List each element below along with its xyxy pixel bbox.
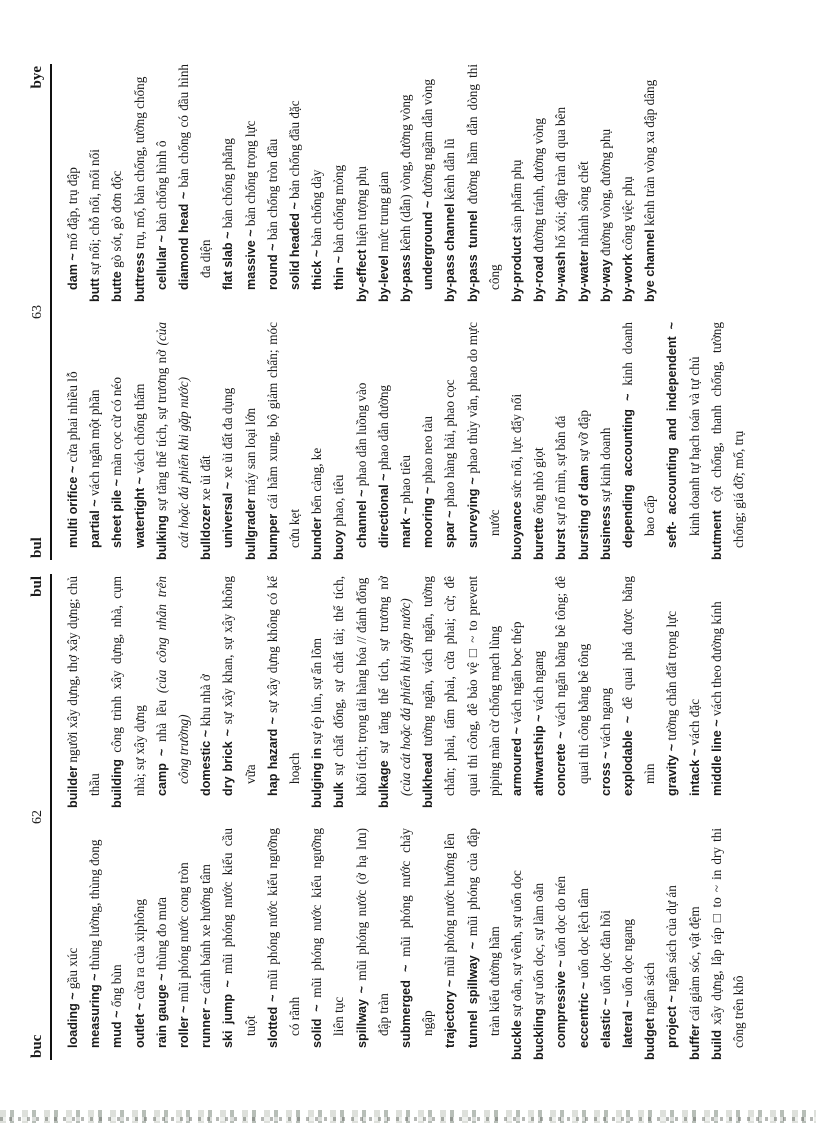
dictionary-entry: surveying ~ phao thủy văn, phao do mực n…: [462, 322, 506, 560]
headword: tunnel spillway ~: [466, 942, 480, 1048]
headword: concrete ~: [554, 731, 568, 796]
headword: watertight ~: [133, 477, 147, 548]
definition: hố xói; đập tràn đi qua bên: [553, 107, 568, 252]
dictionary-entry: bulking sự tăng thể tích, sự trương nở (…: [151, 322, 195, 560]
headword: multi orifice ~: [66, 466, 80, 548]
dictionary-entry: thick ~ bản chống dày: [306, 64, 328, 302]
definition: uốn dọc lệch tâm: [576, 888, 591, 982]
definition: thùng lường, thùng đong: [87, 840, 102, 974]
headword: explodable ~: [621, 716, 635, 796]
headword: building: [110, 759, 124, 808]
definition: vách theo đường kính: [709, 601, 724, 719]
definition: vách ngang: [598, 688, 613, 752]
page-number: 63: [30, 305, 46, 319]
dictionary-entry: bulkhead tường ngăn, vách ngăn, tường ch…: [417, 576, 506, 808]
headword: by-product: [510, 236, 524, 302]
definition: xe ủi đất: [198, 455, 213, 504]
headword: seft- accounting and independent ~: [665, 322, 679, 548]
dictionary-entry: by-water nhánh sông chết: [573, 64, 595, 302]
headword: by-pass channel: [443, 203, 457, 302]
headword: buckle: [510, 1020, 524, 1060]
dictionary-entry: camp ~ nhà lều (của công nhân trên công …: [151, 576, 195, 808]
dictionary-entry: massive ~ bản chống trọng lực: [240, 64, 262, 302]
dictionary-entry: explodable ~ đê quai phá được bằng mìn: [617, 576, 661, 808]
definition: sự oằn, sự vênh, sự uốn dọc: [509, 870, 524, 1020]
dictionary-entry: bunder bến cảng, ke: [306, 322, 328, 560]
dictionary-entry: loading ~ gầu xúc: [62, 828, 84, 1060]
headword: cellular ~: [155, 235, 169, 290]
scanned-page: buc 62 bul loading ~ gầu xúcmeasuring ~ …: [0, 0, 816, 1123]
dictionary-entry: bulkage sự tăng thể tích, sự trương nở (…: [373, 576, 417, 808]
definition: sự chất đống, sự chất tải; thể tích, khố…: [331, 576, 368, 796]
dictionary-entry: butt sự nối; chỗ nối, mối nối: [84, 64, 106, 302]
headword: eccentric ~: [577, 982, 591, 1048]
dictionary-entry: mark ~ phao tiêu: [395, 322, 417, 560]
headword: mud ~: [110, 1011, 124, 1048]
definition: ống nhỏ giọt: [531, 447, 546, 517]
definition-note: (của cát hoặc đá phiến khi gặp nước): [398, 598, 413, 796]
definition: đường ngầm dẫn vòng: [420, 79, 435, 201]
dictionary-entry: butte gò sót, gò đơn độc: [106, 64, 128, 302]
headword: loading ~: [66, 992, 80, 1048]
definition: kênh dẫn lũ: [442, 138, 457, 203]
dictionary-entry: by-way đường vòng, đường phụ: [595, 64, 617, 302]
definition: sự vỡ đập: [576, 410, 591, 465]
definition: cánh bánh xe hướng tâm: [198, 864, 213, 997]
dictionary-entry: solid ~ mũi phóng nước kiểu ngưỡng liên …: [306, 828, 350, 1060]
dictionary-entry: thin ~ bản chống mỏng: [328, 64, 350, 302]
dictionary-entry: middle line ~ vách theo đường kính: [706, 576, 728, 808]
headword: domestic ~: [199, 730, 213, 796]
dictionary-entry: buttress trụ, mố, bản chống, tường chống: [129, 64, 151, 302]
headword: round ~: [266, 243, 280, 290]
definition: sự tăng thể tích, sự trương nở: [376, 576, 391, 760]
definition: phao neo tàu: [420, 416, 435, 487]
guide-word-right: bul: [29, 576, 46, 597]
definition: uốn dọc do nén: [553, 876, 568, 960]
dictionary-spread: buc 62 bul loading ~ gầu xúcmeasuring ~ …: [0, 0, 816, 1123]
headword: mark ~: [399, 507, 413, 548]
dictionary-entry: bye channel kênh tràn vòng xa đập dâng: [639, 64, 661, 302]
definition: bản chống phẳng: [220, 138, 235, 231]
headword: intack ~: [688, 749, 702, 796]
definition: phao tiêu: [398, 455, 413, 507]
headword: solid ~: [310, 1004, 324, 1048]
dictionary-entry: butment cột chống, thanh chống, tường ch…: [706, 322, 750, 560]
definition: mũi phóng nước hướng lên: [442, 833, 457, 980]
definition: xây dựng, lắp ráp □ to ~ in dry thi công…: [709, 828, 746, 1048]
headword: bunder: [310, 517, 324, 560]
dictionary-entry: bumper cái hãm xung, bộ giảm chấn; móc c…: [262, 322, 306, 560]
column-2: dam ~ mố đập, trụ đậpbutt sự nối; chỗ nố…: [62, 64, 661, 302]
dictionary-entry: builder người xây dựng, thợ xây dựng; ch…: [62, 576, 106, 808]
headword: armoured ~: [510, 727, 524, 796]
definition: phao dẫn luồng vào: [354, 383, 369, 490]
headword: butte: [110, 271, 124, 302]
dictionary-entry: dry brick ~ sự xây khan, sự xây không vữ…: [217, 576, 261, 808]
headword: camp ~: [155, 749, 169, 796]
definition: ngân sách: [642, 962, 657, 1018]
headword: by-wash: [554, 252, 568, 302]
dictionary-entry: gravity ~ tường chắn đất trọng lực: [661, 576, 683, 808]
headword: athwartship ~: [532, 714, 546, 796]
definition: bản chống tròn đầu: [265, 139, 280, 244]
headword: build: [710, 1030, 724, 1060]
headword: runner ~: [199, 997, 213, 1048]
definition: cửa ra của xiphông: [132, 899, 147, 1003]
dictionary-entry: mud ~ ống bùn: [106, 828, 128, 1060]
dictionary-entry: bullgrader máy san loại lớn: [240, 322, 262, 560]
dictionary-entry: buffer cái giảm sóc, vật đệm: [684, 828, 706, 1060]
dictionary-entry: dam ~ mố đập, trụ đập: [62, 64, 84, 302]
definition: kinh doanh tự hạch toán và tự chủ: [687, 357, 702, 536]
definition: uốn dọc đàn hồi: [598, 910, 613, 998]
headword: business: [599, 505, 613, 560]
dictionary-entry: bursting of dam sự vỡ đập: [573, 322, 595, 560]
headword: bumper: [266, 514, 280, 560]
definition: ống bùn: [109, 964, 124, 1010]
dictionary-entry: spar ~ phao hàng hải, phao cọc: [439, 322, 461, 560]
definition: phao hàng hải, phao cọc: [442, 379, 457, 510]
headword: budget: [643, 1018, 657, 1060]
definition: mố đập, trụ đập: [65, 167, 80, 253]
headword: cross ~: [599, 752, 613, 796]
dictionary-entry: universal ~ xe ủi đất đa dụng: [217, 322, 239, 560]
dictionary-entry: watertight ~ vách chống thấm: [129, 322, 151, 560]
headword: dam ~: [66, 253, 80, 290]
definition: bản chống đầu đặc: [287, 100, 302, 202]
dictionary-entry: round ~ bản chống tròn đầu: [262, 64, 284, 302]
definition: công việc phụ: [620, 176, 635, 253]
headword: ski jump ~: [221, 980, 235, 1048]
definition: thùng đo mưa: [154, 897, 169, 973]
headword: bulging in: [310, 748, 324, 808]
definition: máy san loại lớn: [243, 408, 258, 498]
definition: vách ngăn bọc thép: [509, 622, 524, 727]
definition: sự uốn dọc, sự làm oằn: [531, 883, 546, 1008]
dictionary-entry: by-product sản phẩm phụ: [506, 64, 528, 302]
headword: underground ~: [421, 201, 435, 290]
definition: vách đặc: [687, 699, 702, 749]
dictionary-entry: outlet ~ cửa ra của xiphông: [129, 828, 151, 1060]
headword: trajectory ~: [443, 980, 457, 1048]
dictionary-entry: runner ~ cánh bánh xe hướng tâm: [195, 828, 217, 1060]
headword: bulkage: [377, 760, 391, 808]
dictionary-entry: by-wash hố xói; đập tràn đi qua bên: [550, 64, 572, 302]
dictionary-entry: rain gauge ~ thùng đo mưa: [151, 828, 173, 1060]
dictionary-entry: bulk sự chất đống, sự chất tải; thể tích…: [328, 576, 372, 808]
headword: middle line ~: [710, 719, 724, 796]
headword: partial ~: [88, 499, 102, 548]
dictionary-entry: budget ngân sách: [639, 828, 661, 1060]
headword: depending accounting ~: [621, 394, 635, 548]
dictionary-entry: by-effect hiện tượng phụ: [351, 64, 373, 302]
headword: bursting of dam: [577, 465, 591, 560]
dictionary-entry: partial ~ vách ngăn một phần: [84, 322, 106, 560]
definition: cái giảm sóc, vật đệm: [687, 906, 702, 1024]
guide-word-left: bul: [29, 537, 46, 558]
headword: buoyance: [510, 501, 524, 560]
dictionary-entry: trajectory ~ mũi phóng nước hướng lên: [439, 828, 461, 1060]
dictionary-entry: by-work công việc phụ: [617, 64, 639, 302]
dictionary-entry: roller ~ mũi phóng nước cong tròn: [173, 828, 195, 1060]
definition: nhà lều: [154, 693, 169, 749]
definition: bản chống dày: [309, 170, 324, 250]
headword: diamond head ~: [177, 192, 191, 290]
dictionary-entry: business sự kinh doanh: [595, 322, 617, 560]
definition: vách ngăn một phần: [87, 389, 102, 499]
headword: project ~: [665, 995, 679, 1048]
headword: by-water: [577, 250, 591, 302]
dictionary-entry: concrete ~ vách ngăn bằng bê tông; đê qu…: [550, 576, 594, 808]
dictionary-entry: by-pass tunnel đường hầm dẫn dòng thi cô…: [462, 64, 506, 302]
definition: phao, tiêu: [331, 475, 346, 530]
headword: thin ~: [332, 256, 346, 290]
dictionary-entry: by-road đường tránh, đường vòng: [528, 64, 550, 302]
dictionary-entry: intack ~ vách đặc: [684, 576, 706, 808]
definition: uốn dọc ngang: [620, 919, 635, 1000]
definition: vách ngang: [531, 651, 546, 715]
dictionary-entry: submerged ~ mũi phóng nước chảy ngập: [395, 828, 439, 1060]
dictionary-entry: buckle sự oằn, sự vênh, sự uốn dọc: [506, 828, 528, 1060]
dictionary-entry: athwartship ~ vách ngang: [528, 576, 550, 808]
definition: phao dẫn đường: [376, 385, 391, 473]
headword: surveying ~: [466, 477, 480, 548]
headword: buttress: [133, 252, 147, 302]
definition: bến cảng, ke: [309, 448, 324, 518]
headword: rain gauge ~: [155, 973, 169, 1048]
headword: by-road: [532, 256, 546, 302]
headword: by-work: [621, 254, 635, 302]
dictionary-entry: buckling sự uốn dọc, sự làm oằn: [528, 828, 550, 1060]
headword: slotted ~: [266, 995, 280, 1049]
dictionary-entry: buoy phao, tiêu: [328, 322, 350, 560]
headword: roller ~: [177, 1006, 191, 1048]
definition: mũi phóng nước cong tròn: [176, 862, 191, 1005]
definition: tường chắn đất trọng lực: [664, 611, 679, 744]
column-2: builder người xây dựng, thợ xây dựng; ch…: [62, 576, 728, 808]
headword: mooring ~: [421, 487, 435, 548]
headword: submerged ~: [399, 965, 413, 1048]
headword: builder: [66, 766, 80, 808]
headword: buoy: [332, 530, 346, 560]
dictionary-entry: burst sự nổ mìn, sự bắn đá: [550, 322, 572, 560]
headword: massive ~: [244, 229, 258, 290]
page-number: 62: [30, 810, 46, 824]
definition: hiện tượng phụ: [354, 166, 369, 249]
headword: dry brick ~: [221, 729, 235, 796]
headword: burette: [532, 517, 546, 560]
dictionary-entry: ski jump ~ mũi phóng nước kiểu cầu tuột: [217, 828, 261, 1060]
headword: bulkhead: [421, 753, 435, 808]
definition: người xây dựng, thợ xây dựng; chủ thầu: [65, 576, 102, 796]
running-head: buc 62 bul: [28, 574, 48, 1060]
dictionary-entry: measuring ~ thùng lường, thùng đong: [84, 828, 106, 1060]
dictionary-entry: mooring ~ phao neo tàu: [417, 322, 439, 560]
dictionary-entry: by-pass channel kênh dẫn lũ: [439, 64, 461, 302]
dictionary-entry: channel ~ phao dẫn luồng vào: [351, 322, 373, 560]
definition: nhánh sông chết: [576, 161, 591, 250]
dictionary-entry: elastic ~ uốn dọc đàn hồi: [595, 828, 617, 1060]
definition: bản chống trọng lực: [243, 120, 258, 229]
headword: sheet pile ~: [110, 479, 124, 548]
dictionary-entry: seft- accounting and independent ~ kinh …: [661, 322, 705, 560]
headword: butment: [710, 510, 724, 560]
definition: sự nối; chỗ nối, mối nối: [87, 149, 102, 278]
scan-edge-noise: [0, 1117, 816, 1121]
dictionary-entry: underground ~ đường ngầm dẫn vòng: [417, 64, 439, 302]
dictionary-entry: eccentric ~ uốn dọc lệch tâm: [573, 828, 595, 1060]
definition: kênh tràn vòng xa đập dâng: [642, 80, 657, 229]
headword: lateral ~: [621, 1000, 635, 1048]
definition: trụ, mố, bản chống, tường chống: [132, 77, 147, 253]
definition: xe ủi đất đa dụng: [220, 388, 235, 482]
definition: cửa phai nhiều lỗ: [65, 371, 80, 465]
dictionary-entry: cellular ~ bản chống hình ô: [151, 64, 173, 302]
header-rule: [50, 64, 52, 560]
dictionary-entry: diamond head ~ bản chống có đầu hình đa …: [173, 64, 217, 302]
dictionary-entry: burette ống nhỏ giọt: [528, 322, 550, 560]
headword: burst: [554, 529, 568, 560]
headword: by-effect: [355, 250, 369, 302]
guide-word-right: bye: [29, 66, 46, 89]
headword: directional ~: [377, 473, 391, 548]
headword: universal ~: [221, 482, 235, 548]
headword: measuring ~: [88, 973, 102, 1048]
dictionary-entry: buoyance sức nổi, lực đẩy nổi: [506, 322, 528, 560]
headword: hap hazard ~: [266, 717, 280, 796]
definition: đường vòng, đường phụ: [598, 129, 613, 259]
headword: bulking: [155, 515, 169, 560]
dictionary-entry: slotted ~ mũi phóng nước kiểu ngưỡng có …: [262, 828, 306, 1060]
headword: elastic ~: [599, 998, 613, 1048]
definition: gò sót, gò đơn độc: [109, 170, 124, 271]
definition: sự nổ mìn, sự bắn đá: [553, 416, 568, 529]
headword: compressive ~: [554, 960, 568, 1048]
definition: sự kinh doanh: [598, 428, 613, 506]
dictionary-entry: multi orifice ~ cửa phai nhiều lỗ: [62, 322, 84, 560]
definition: sự tăng thể tích, sự trương nở: [154, 345, 169, 515]
dictionary-entry: lateral ~ uốn dọc ngang: [617, 828, 639, 1060]
headword: channel ~: [355, 490, 369, 548]
dictionary-entry: building công trình xây dựng, nhà, cụm n…: [106, 576, 150, 808]
headword: bulk: [332, 782, 346, 808]
definition: khu nhà ở: [198, 674, 213, 730]
headword: gravity ~: [665, 744, 679, 796]
page-63: bul 63 bye multi orifice ~ cửa phai nhiề…: [0, 64, 816, 560]
column-1: loading ~ gầu xúcmeasuring ~ thùng lường…: [62, 828, 750, 1060]
dictionary-entry: domestic ~ khu nhà ở: [195, 576, 217, 808]
dictionary-entry: flat slab ~ bản chống phẳng: [217, 64, 239, 302]
headword: butt: [88, 278, 102, 302]
dictionary-entry: tunnel spillway ~ mũi phóng của đập tràn…: [462, 828, 506, 1060]
dictionary-entry: build xây dựng, lắp ráp □ to ~ in dry th…: [706, 828, 750, 1060]
headword: flat slab ~: [221, 232, 235, 290]
headword: bullgrader: [244, 498, 258, 560]
definition: bản chống mỏng: [331, 165, 346, 256]
definition: mức trung gian: [376, 171, 391, 255]
dictionary-entry: project ~ ngân sách của dự án: [661, 828, 683, 1060]
header-rule: [50, 574, 52, 1060]
column-1: multi orifice ~ cửa phai nhiều lỗpartial…: [62, 322, 750, 560]
definition: sự ép lún, sự ấn lõm: [309, 638, 324, 748]
dictionary-entry: bulldozer xe ủi đất: [195, 322, 217, 560]
headword: by-pass tunnel: [466, 210, 480, 302]
definition: sức nổi, lực đẩy nổi: [509, 394, 524, 501]
dictionary-entry: by-level mức trung gian: [373, 64, 395, 302]
headword: spillway ~: [355, 986, 369, 1048]
headword: thick ~: [310, 250, 324, 290]
headword: buffer: [688, 1024, 702, 1060]
guide-word-left: buc: [29, 1035, 46, 1058]
dictionary-entry: by-pass kênh (dẫn) vòng, đường vòng: [395, 64, 417, 302]
dictionary-entry: bulging in sự ép lún, sự ấn lõm: [306, 576, 328, 808]
dictionary-entry: armoured ~ vách ngăn bọc thép: [506, 576, 528, 808]
headword: solid headed ~: [288, 202, 302, 290]
dictionary-entry: spillway ~ mũi phóng nước (ở hạ lưu) đập…: [351, 828, 395, 1060]
headword: by-level: [377, 255, 391, 302]
definition: sản phẩm phụ: [509, 160, 524, 237]
definition: màn cọc cừ có néo: [109, 377, 124, 479]
headword: bye channel: [643, 229, 657, 302]
headword: outlet ~: [133, 1003, 147, 1048]
definition: đường tránh, đường vòng: [531, 118, 546, 256]
definition: ngân sách của dự án: [664, 885, 679, 995]
headword: by-pass: [399, 254, 413, 302]
definition: kênh (dẫn) vòng, đường vòng: [398, 94, 413, 254]
definition: bản chống hình ô: [154, 141, 169, 236]
dictionary-entry: solid headed ~ bản chống đầu đặc: [284, 64, 306, 302]
dictionary-entry: cross ~ vách ngang: [595, 576, 617, 808]
running-head: bul 63 bye: [28, 64, 48, 560]
dictionary-entry: sheet pile ~ màn cọc cừ có néo: [106, 322, 128, 560]
definition: vách chống thấm: [132, 384, 147, 477]
headword: buckling: [532, 1008, 546, 1060]
headword: bulldozer: [199, 504, 213, 560]
dictionary-entry: directional ~ phao dẫn đường: [373, 322, 395, 560]
page-62: buc 62 bul loading ~ gầu xúcmeasuring ~ …: [0, 574, 816, 1060]
headword: spar ~: [443, 511, 457, 548]
headword: by-way: [599, 259, 613, 302]
dictionary-entry: hap hazard ~ sự xây dựng không có kế hoạ…: [262, 576, 306, 808]
dictionary-entry: compressive ~ uốn dọc do nén: [550, 828, 572, 1060]
dictionary-entry: depending accounting ~ kinh doanh bao cấ…: [617, 322, 661, 560]
definition: gầu xúc: [65, 948, 80, 993]
